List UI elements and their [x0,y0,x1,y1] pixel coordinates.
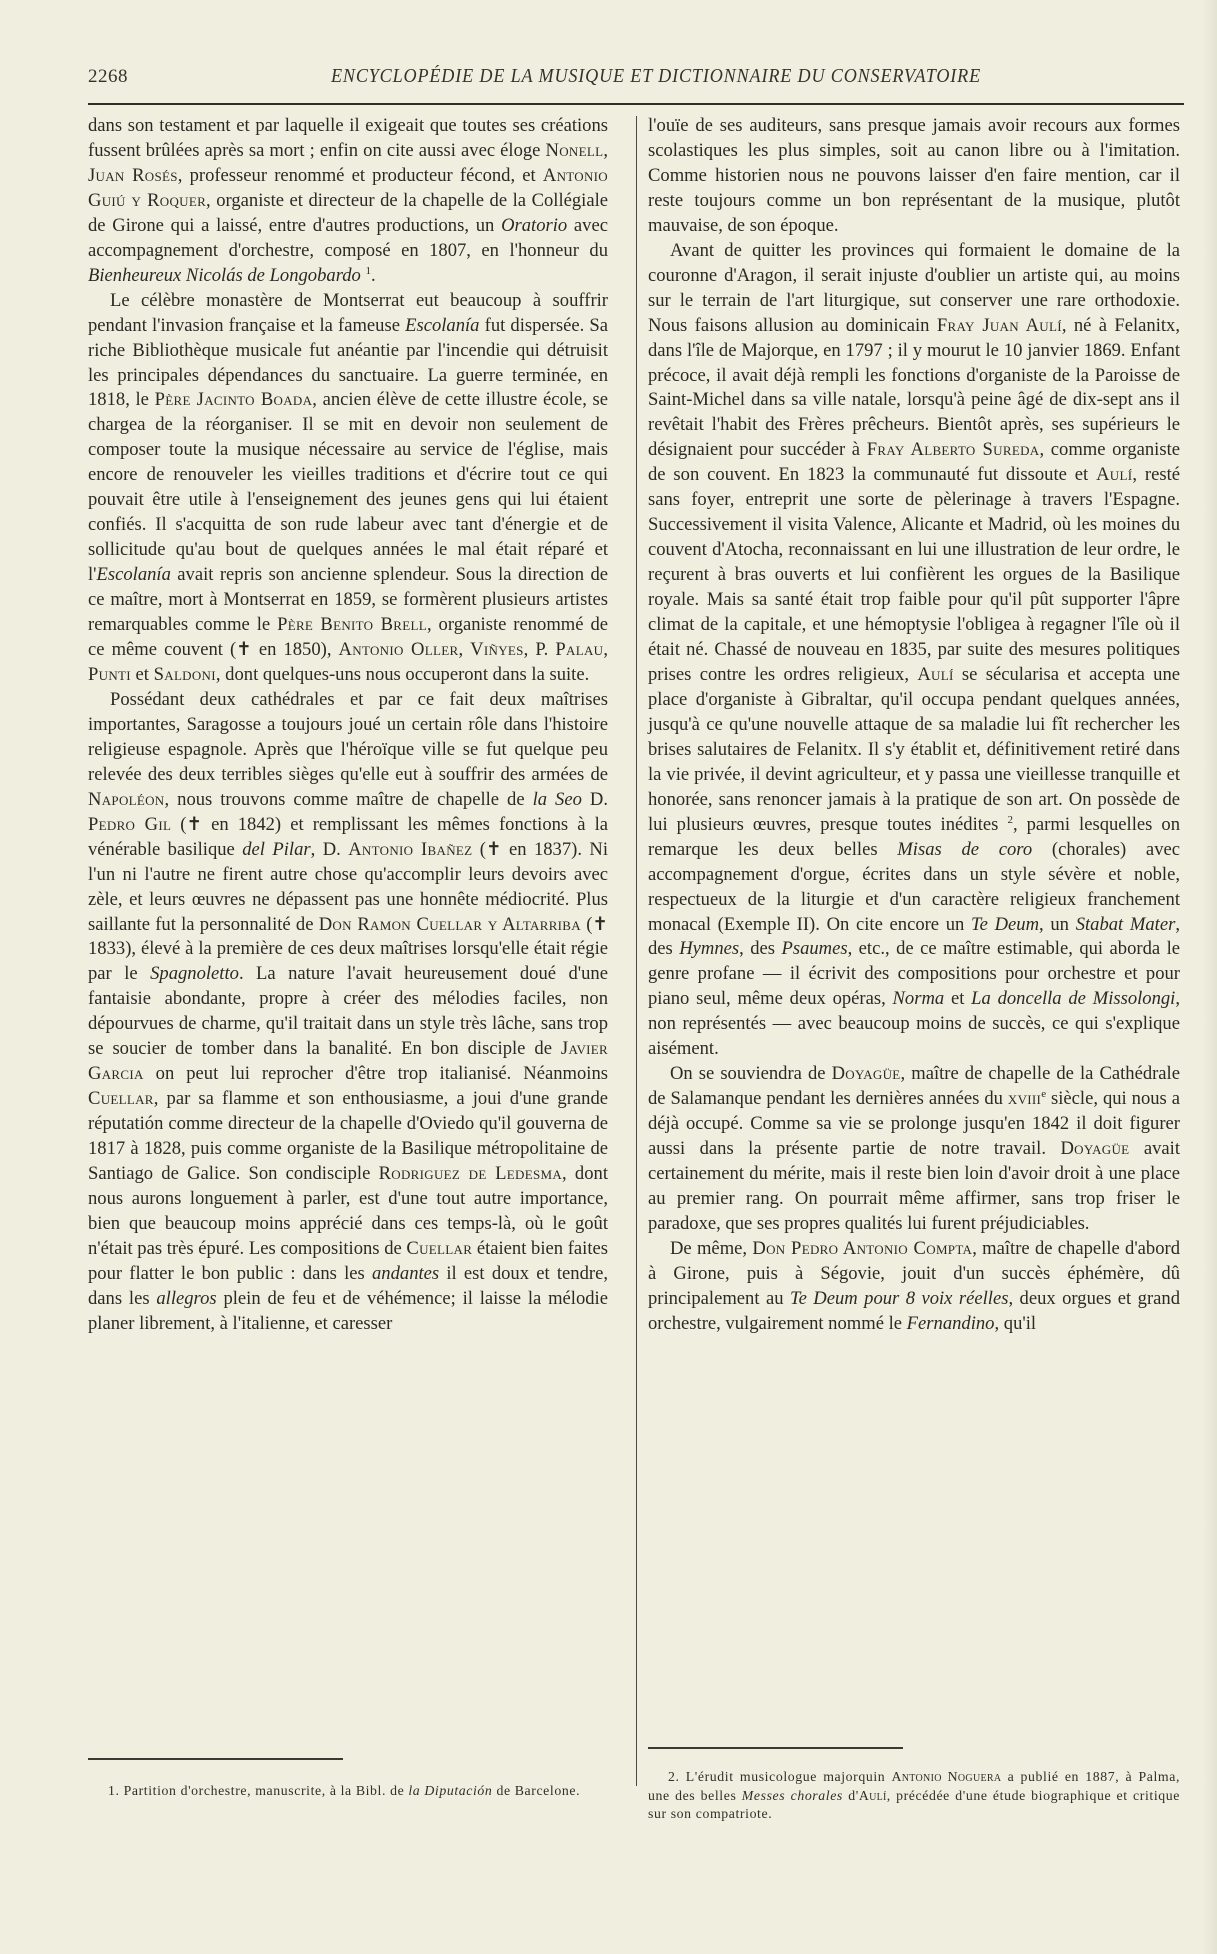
person-name: Napoléon [88,789,165,810]
left-column: dans son testament et par laquelle il ex… [88,114,608,1337]
paragraph: De même, Don Pedro Antonio Compta, maîtr… [648,1237,1180,1337]
work-title: Te Deum [971,914,1039,935]
person-name: Antonio Noguera [892,1769,1002,1784]
text: , professeur renommé et producteur fécon… [178,165,543,186]
footnote-1: 1. Partition d'orchestre, manuscrite, à … [88,1782,608,1801]
person-name: Pedro Gil [88,814,171,835]
person-name: Doyagüe [1060,1138,1129,1159]
text: l'ouïe de ses auditeurs, sans presque ja… [648,115,1180,236]
text: et [944,988,971,1009]
text: 1. Partition d'orchestre, manuscrite, à … [108,1783,408,1798]
paragraph: l'ouïe de ses auditeurs, sans presque ja… [648,114,1180,239]
work-title: Misas de coro [897,839,1032,860]
column-divider [636,116,637,1786]
person-name: Fray Alberto Sureda [867,439,1040,460]
person-name: Punti [88,664,131,685]
text: on peut lui reprocher d'être trop italia… [144,1063,608,1084]
italic-term: la Seo [533,789,582,810]
italic-term: la Diputación [408,1783,492,1798]
work-title: Norma [893,988,945,1009]
footnote-text: 1. Partition d'orchestre, manuscrite, à … [88,1782,608,1801]
work-title: Oratorio [501,215,567,236]
text: , resté sans foyer, entreprit une sorte … [648,464,1180,685]
text: , ancien élève de cette illustre école, … [88,389,608,585]
italic-term: Spagnoletto [150,963,239,984]
text: . [371,265,376,286]
text: Possédant deux cathédrales et par ce fai… [88,689,608,785]
text: , [603,140,608,161]
text: De même, [670,1238,752,1259]
text: d' [843,1788,859,1803]
text: , [603,639,608,660]
italic-term: Escolanía [97,564,171,585]
person-name: Nonell [546,140,604,161]
page-number: 2268 [88,66,128,88]
work-title: Messes chorales [742,1788,843,1803]
person-name: Père Jacinto Boada [155,389,313,410]
footnote-2: 2. L'érudit musicologue majorquin Antoni… [648,1768,1180,1824]
text: D. [582,789,608,810]
work-title: Te Deum pour 8 voix réelles [790,1288,1008,1309]
person-name: Antonio Ibañez [348,839,472,860]
person-name: Cuellar [406,1238,472,1259]
text: , dont quelques-uns nous occuperont dans… [216,664,589,685]
header-rule [88,103,1184,105]
work-title: Psaumes [781,938,847,959]
work-title: Hymnes [679,938,739,959]
person-name: Don Pedro Antonio Compta [752,1238,972,1259]
text: de Barcelone. [492,1783,580,1798]
text: , D. [311,839,349,860]
running-header: 2268 ENCYCLOPÉDIE DE LA MUSIQUE ET DICTI… [88,66,1184,94]
italic-term: allegros [156,1288,216,1309]
person-name: Antonio Oller [339,639,459,660]
page-edge-shadow [1203,0,1217,1954]
text: , P. [524,639,556,660]
text: , qu'il [994,1313,1036,1334]
paragraph: Avant de quitter les provinces qui forma… [648,239,1180,1062]
person-name: Palau [555,639,603,660]
person-name: Doyagüe [832,1063,901,1084]
text: , [458,639,470,660]
person-name: Aulí [1096,464,1132,485]
text: On se souviendra de [670,1063,832,1084]
person-name: Aulí [917,664,953,685]
paragraph: On se souviendra de Doyagüe, maître de c… [648,1062,1180,1237]
person-name: Rodriguez de Ledesma [379,1163,562,1184]
text: 2. L'érudit musicologue majorquin [668,1769,892,1784]
work-title: Stabat Mater [1076,914,1176,935]
italic-term: del Pilar [242,839,310,860]
work-title: La doncella de Missolongi [971,988,1175,1009]
person-name: Père Benito Brell [277,614,427,635]
footnote-rule [88,1758,343,1760]
right-column: l'ouïe de ses auditeurs, sans presque ja… [648,114,1180,1337]
paragraph: Possédant deux cathédrales et par ce fai… [88,688,608,1337]
text: dans son testament et par laquelle il ex… [88,115,608,161]
person-name: Fray Juan Aulí [937,315,1062,336]
italic-term: Escolanía [405,315,479,336]
person-name: Cuellar [88,1088,154,1109]
text: , un [1039,914,1076,935]
work-title: Fernandino [907,1313,995,1334]
work-title: Bienheureux Nicolás de Longobardo [88,265,361,286]
footnote-text: 2. L'érudit musicologue majorquin Antoni… [648,1768,1180,1824]
century-numeral: xviii [1008,1088,1041,1109]
person-name: Saldoni [154,664,216,685]
person-name: Juan Rosés [88,165,178,186]
person-name: Aulí [859,1788,887,1803]
paragraph: dans son testament et par laquelle il ex… [88,114,608,289]
text: se sécularisa et accepta une place d'org… [648,664,1180,835]
text: , nous trouvons comme maître de chapelle… [165,789,533,810]
running-title: ENCYCLOPÉDIE DE LA MUSIQUE ET DICTIONNAI… [165,66,1147,88]
paragraph: Le célèbre monastère de Montserrat eut b… [88,289,608,688]
text: , des [739,938,781,959]
person-name: Viñyes [470,639,524,660]
person-name: Don Ramon Cuellar y Altarriba [319,914,581,935]
footnote-rule [648,1747,903,1749]
text: et [131,664,154,685]
italic-term: andantes [372,1263,439,1284]
